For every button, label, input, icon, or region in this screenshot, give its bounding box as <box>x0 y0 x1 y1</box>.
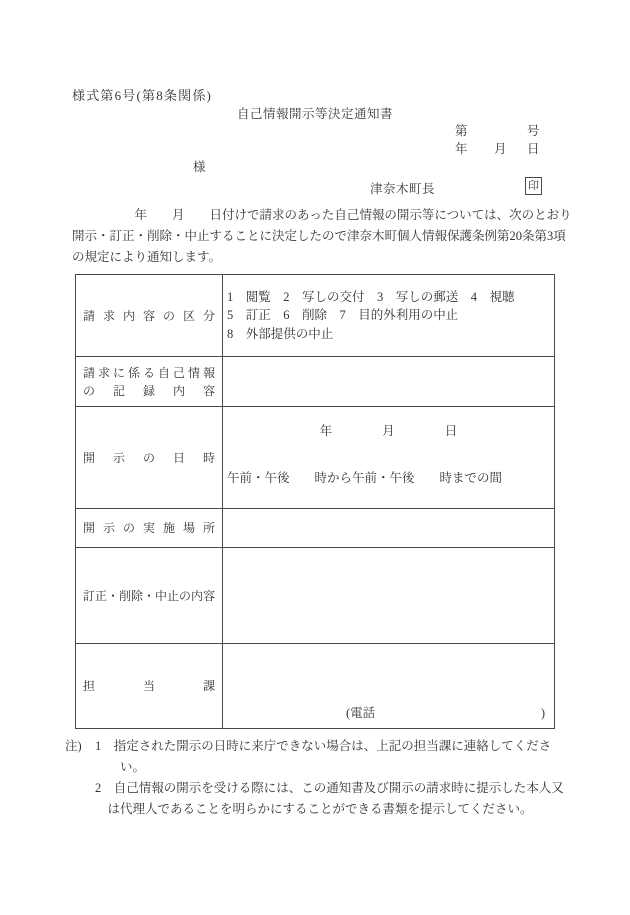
phone-field-open: (電話 <box>346 706 375 721</box>
date-year-label: 年 <box>455 139 468 157</box>
row-label-cell: 開示の日時 <box>76 407 223 508</box>
form-number: 様式第6号(第8条関係) <box>72 85 212 104</box>
row-content-cell: 1 閲覧 2 写しの交付 3 写しの郵送 4 視聴 5 訂正 6 削除 7 目的… <box>223 275 554 356</box>
row-content-cell <box>223 509 554 547</box>
row-label-cell: 開示の実施場所 <box>76 509 223 547</box>
row-label-cell: 訂正・削除・中止の内容 <box>76 548 223 643</box>
row-label: 開示の日時 <box>76 449 222 467</box>
notes-section: 注) 1 指定された開示の日時に来庁できない場合は、上記の担当課に連絡してくださ… <box>65 736 565 820</box>
date-day-label: 日 <box>527 139 540 157</box>
table-row-request-category: 請求内容の区分 1 閲覧 2 写しの交付 3 写しの郵送 4 視聴 5 訂正 6… <box>76 275 554 357</box>
row-label: 担当課 <box>76 677 222 695</box>
row-label-cell: 請求に係る自己情報 の記録内容 <box>76 357 223 406</box>
addressee-honorific: 様 <box>193 157 206 175</box>
disclosure-time-blanks: 午前・午後 時から午前・午後 時までの間 <box>223 470 554 487</box>
document-page: 様式第6号(第8条関係) 自己情報開示等決定通知書 第 号 年 月 日 様 津奈… <box>0 0 630 915</box>
body-paragraph: 年 月 日付けで請求のあった自己情報の開示等については、次のとおり 開示・訂正・… <box>72 205 574 268</box>
notes-label: 注) <box>65 736 95 820</box>
row-content-cell <box>223 548 554 643</box>
issuer-title: 津奈木町長 <box>370 179 435 197</box>
row-content-cell: 年 月 日 午前・午後 時から午前・午後 時までの間 <box>223 407 554 508</box>
row-content-cell <box>223 357 554 406</box>
page-title: 自己情報開示等決定通知書 <box>0 104 630 122</box>
table-row-disclosure-place: 開示の実施場所 <box>76 509 554 548</box>
table-row-correction-content: 訂正・削除・中止の内容 <box>76 548 554 644</box>
table-row-responsible-section: 担当課 (電話 ) <box>76 644 554 728</box>
phone-field: (電話 ) <box>346 706 545 721</box>
row-label-cell: 請求内容の区分 <box>76 275 223 356</box>
row-content-cell: (電話 ) <box>223 644 554 728</box>
note-items: 1 指定された開示の日時に来庁できない場合は、上記の担当課に連絡してくださ い。… <box>95 736 565 820</box>
row-label: 開示の実施場所 <box>76 519 222 537</box>
doc-number-suffix: 号 <box>527 121 540 139</box>
row-label: 請求に係る自己情報 の記録内容 <box>76 364 222 400</box>
phone-field-close: ) <box>541 706 545 721</box>
request-category-options: 1 閲覧 2 写しの交付 3 写しの郵送 4 視聴 5 訂正 6 削除 7 目的… <box>223 288 519 344</box>
table-row-disclosure-datetime: 開示の日時 年 月 日 午前・午後 時から午前・午後 時までの間 <box>76 407 554 509</box>
note-item-1: 1 指定された開示の日時に来庁できない場合は、上記の担当課に連絡してくださ い。 <box>95 736 565 778</box>
row-label: 請求内容の区分 <box>76 307 222 325</box>
row-label-cell: 担当課 <box>76 644 223 728</box>
seal-mark-icon: 印 <box>525 177 542 195</box>
note-item-2: 2 自己情報の開示を受ける際には、この通知書及び開示の請求時に提示した本人又 は… <box>95 778 565 820</box>
request-table: 請求内容の区分 1 閲覧 2 写しの交付 3 写しの郵送 4 視聴 5 訂正 6… <box>75 274 555 729</box>
row-label: 訂正・削除・中止の内容 <box>76 587 222 605</box>
date-month-label: 月 <box>494 139 507 157</box>
disclosure-date-blanks: 年 月 日 <box>223 423 554 440</box>
table-row-recorded-content: 請求に係る自己情報 の記録内容 <box>76 357 554 407</box>
doc-number-prefix: 第 <box>455 121 468 139</box>
